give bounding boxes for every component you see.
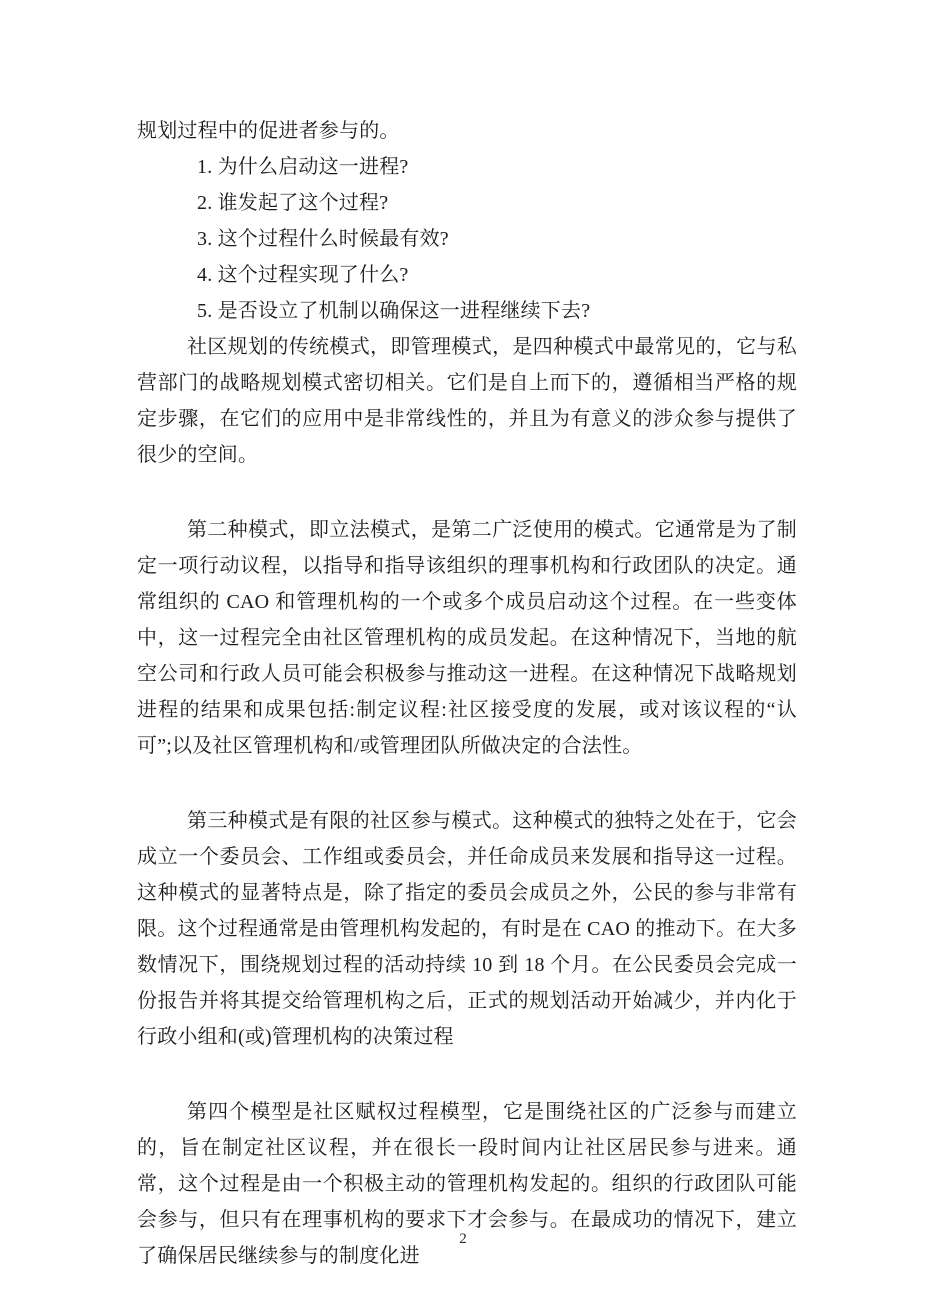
paragraph-limited-participation-model: 第三种模式是有限的社区参与模式。这种模式的独特之处在于，它会成立一个委员会、工作…	[137, 803, 797, 1055]
page-number: 2	[0, 1229, 926, 1249]
question-list: 1. 为什么启动这一进程? 2. 谁发起了这个过程? 3. 这个过程什么时候最有…	[137, 149, 797, 329]
body-text: 规划过程中的促进者参与的。 1. 为什么启动这一进程? 2. 谁发起了这个过程?…	[137, 113, 797, 1274]
question-item-4: 4. 这个过程实现了什么?	[137, 257, 797, 293]
document-page: 规划过程中的促进者参与的。 1. 为什么启动这一进程? 2. 谁发起了这个过程?…	[0, 0, 926, 1309]
paragraph-legislative-model: 第二种模式，即立法模式，是第二广泛使用的模式。它通常是为了制定一项行动议程，以指…	[137, 512, 797, 764]
question-item-1: 1. 为什么启动这一进程?	[137, 149, 797, 185]
paragraph-traditional-model: 社区规划的传统模式，即管理模式，是四种模式中最常见的，它与私营部门的战略规划模式…	[137, 329, 797, 473]
question-item-2: 2. 谁发起了这个过程?	[137, 185, 797, 221]
question-item-3: 3. 这个过程什么时候最有效?	[137, 221, 797, 257]
question-item-5: 5. 是否设立了机制以确保这一进程继续下去?	[137, 293, 797, 329]
continuation-line: 规划过程中的促进者参与的。	[137, 113, 797, 149]
